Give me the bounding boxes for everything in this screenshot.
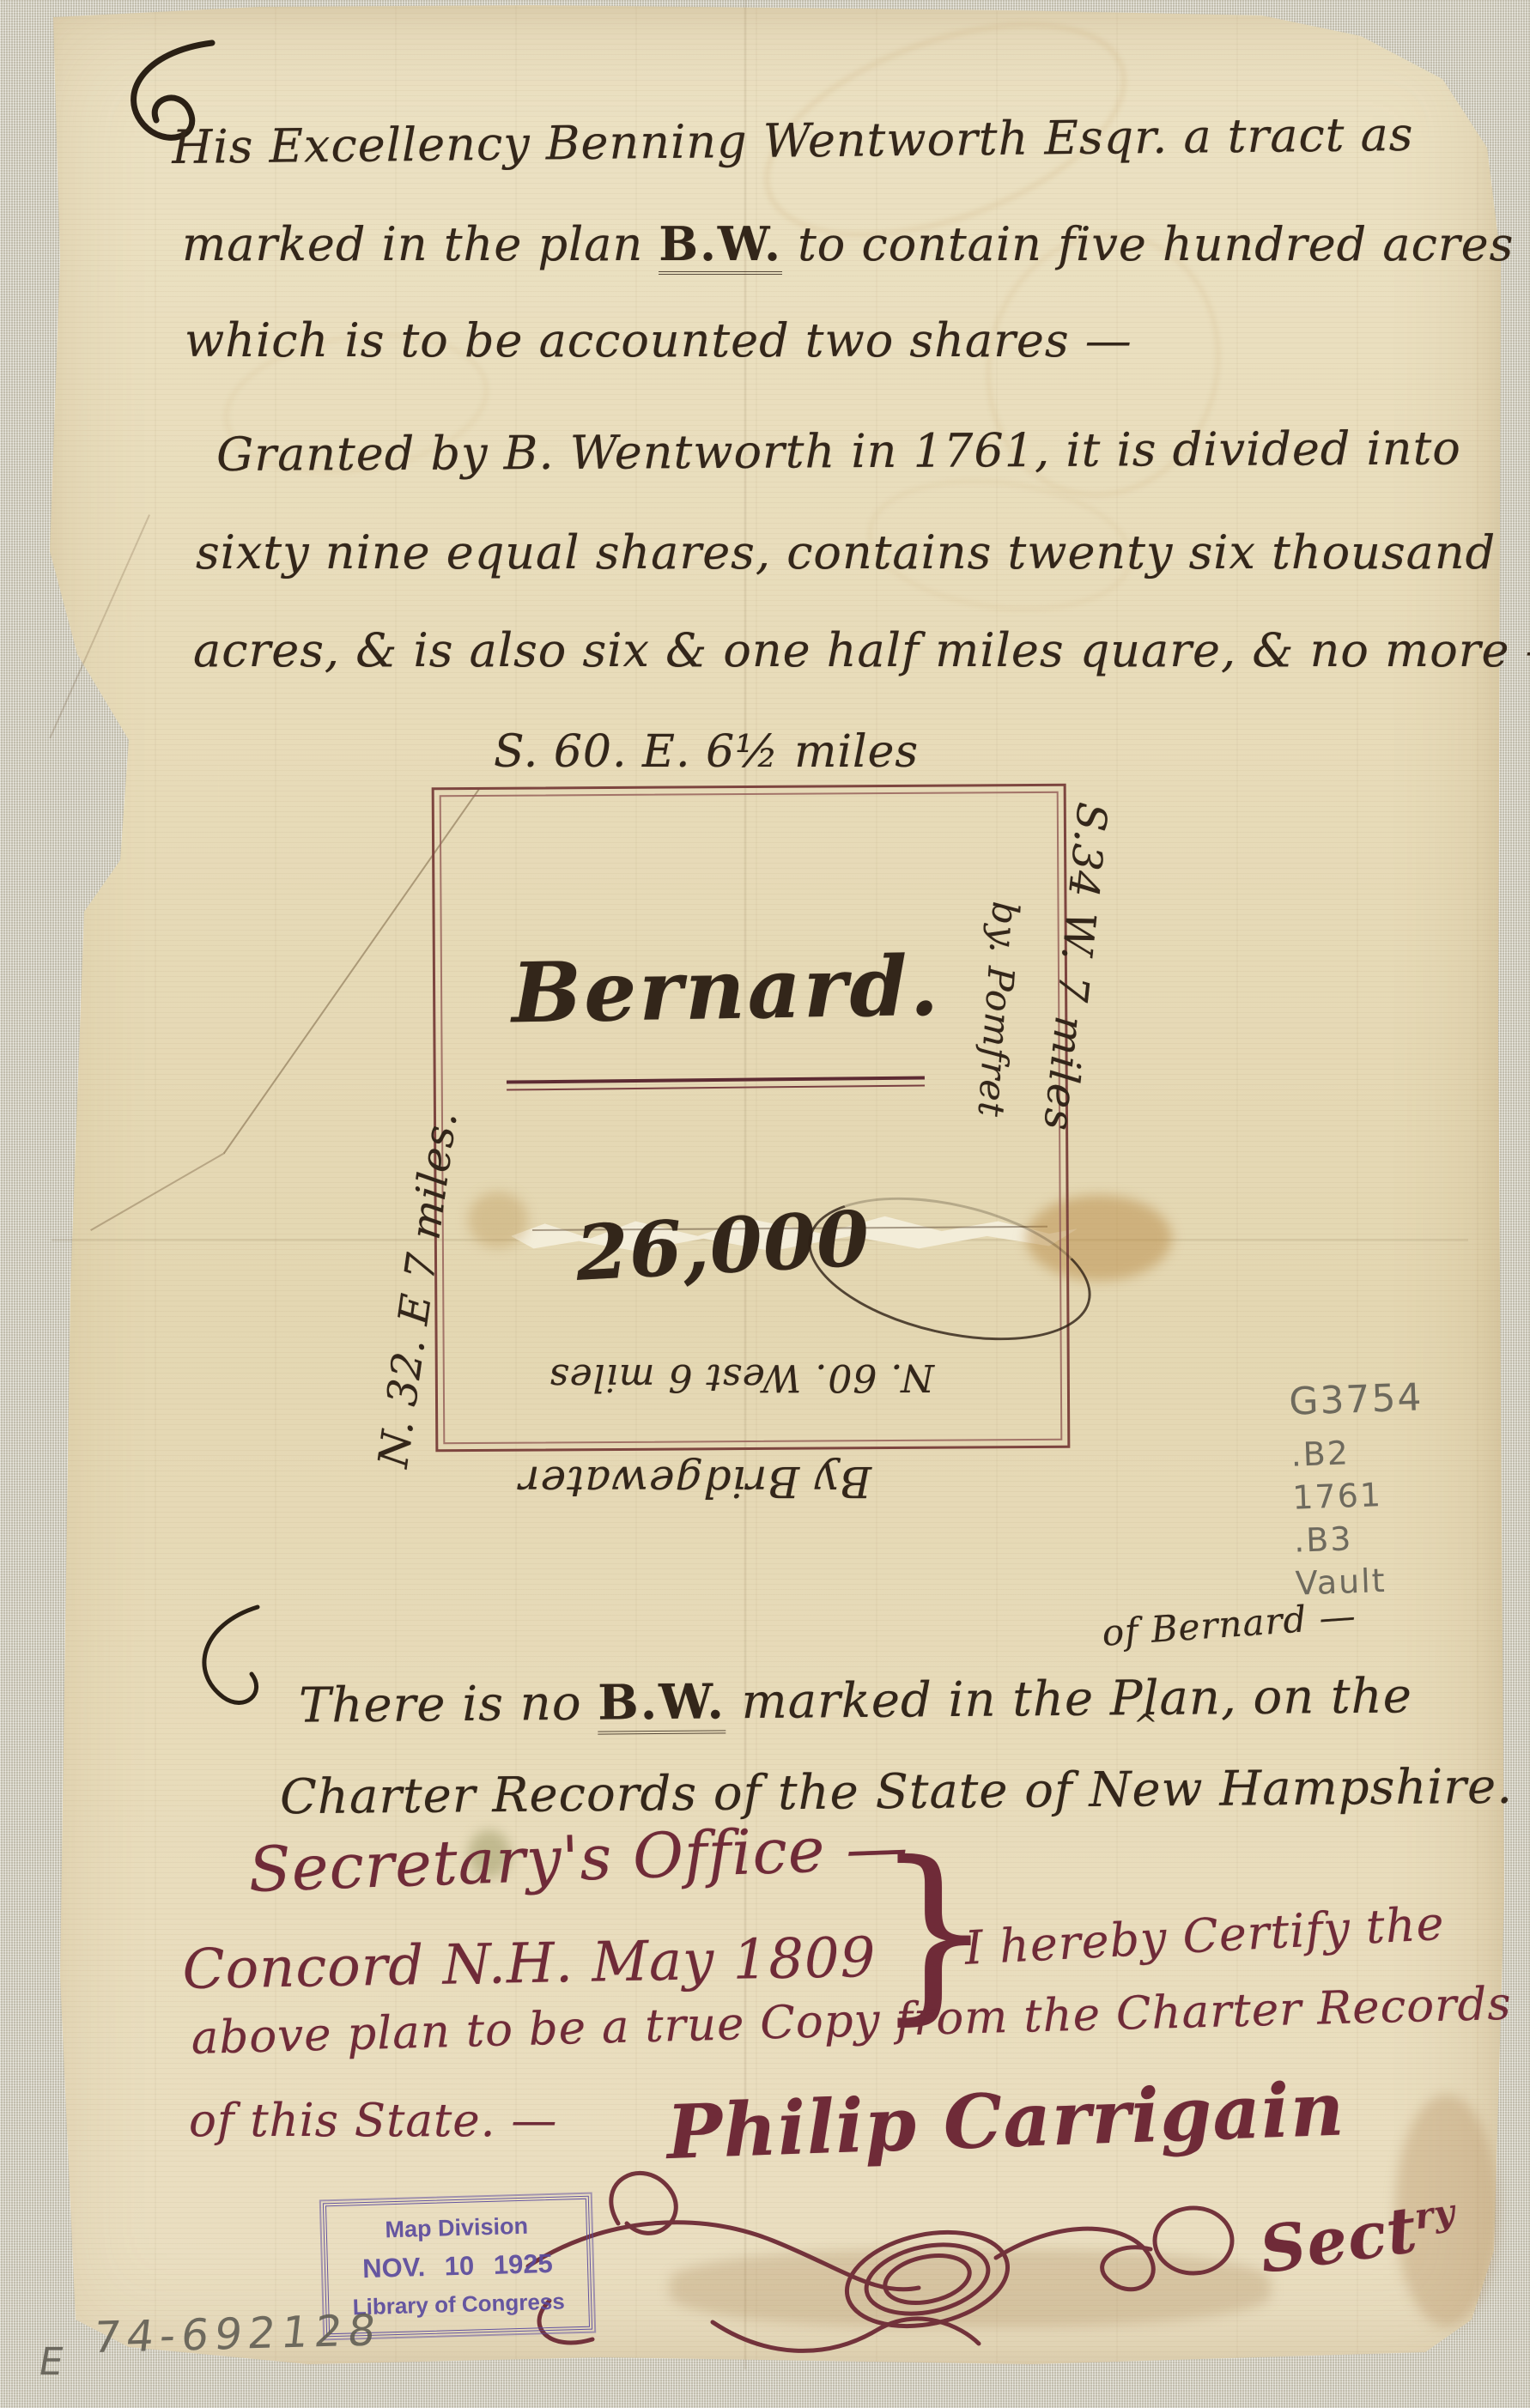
line-text: to contain five hundred acres xyxy=(782,217,1514,271)
certification-line: of this State. — xyxy=(189,2095,557,2147)
plan-south-neighbor-label: By Bridgewater xyxy=(519,1457,871,1507)
note-line: There is no B.W. marked in the Plan, on … xyxy=(299,1667,1412,1733)
plan-south-bearing-label: N. 60. West 6 miles xyxy=(549,1356,934,1399)
call-number-line: .B3 xyxy=(1293,1517,1429,1559)
bw-mark: B.W. xyxy=(659,216,781,275)
call-number-line: 1761 xyxy=(1292,1474,1428,1516)
title-superscript: ry xyxy=(1412,2191,1458,2237)
plan-square xyxy=(432,784,1071,1452)
call-number-line: Vault xyxy=(1295,1560,1430,1602)
stamp-line-division: Map Division xyxy=(330,2211,583,2245)
insert-caret: ^ xyxy=(1133,1708,1159,1743)
manuscript-line: acres, & is also six & one half miles qu… xyxy=(193,623,1530,677)
plan-town-name: Bernard. xyxy=(511,937,942,1042)
line-text: marked in the plan xyxy=(182,217,659,271)
bw-mark: B.W. xyxy=(598,1673,726,1734)
manuscript-line: marked in the plan B.W. to contain five … xyxy=(182,216,1514,271)
certification-place-date: Concord N.H. May 1809 xyxy=(182,1926,877,2002)
signature-flourish xyxy=(515,2120,1305,2378)
call-number-block: G3754 .B2 1761 .B3 Vault xyxy=(1289,1375,1430,1602)
manuscript-line: Granted by B. Wentworth in 1761, it is d… xyxy=(216,421,1461,482)
scanned-document: His Excellency Benning Wentworth Esqr. a… xyxy=(0,0,1530,2408)
call-number-line: G3754 xyxy=(1289,1375,1424,1423)
manuscript-line: which is to be accounted two shares — xyxy=(185,313,1132,367)
backing-pencil-mark: E xyxy=(35,2340,69,2384)
manuscript-line: sixty nine equal shares, contains twenty… xyxy=(196,525,1496,579)
stamp-line-date: NOV. 10 1925 xyxy=(331,2247,585,2285)
plan-square-inner-line xyxy=(440,792,1063,1444)
line-text: There is no xyxy=(299,1676,598,1734)
call-number-line: .B2 xyxy=(1290,1431,1426,1473)
plan-north-bearing-label: S. 60. E. 6½ miles xyxy=(494,726,919,778)
accession-number: 74-692128 xyxy=(90,2305,384,2363)
line-text: marked in the Plan, on the xyxy=(726,1668,1413,1730)
note-flourish xyxy=(176,1598,279,1727)
